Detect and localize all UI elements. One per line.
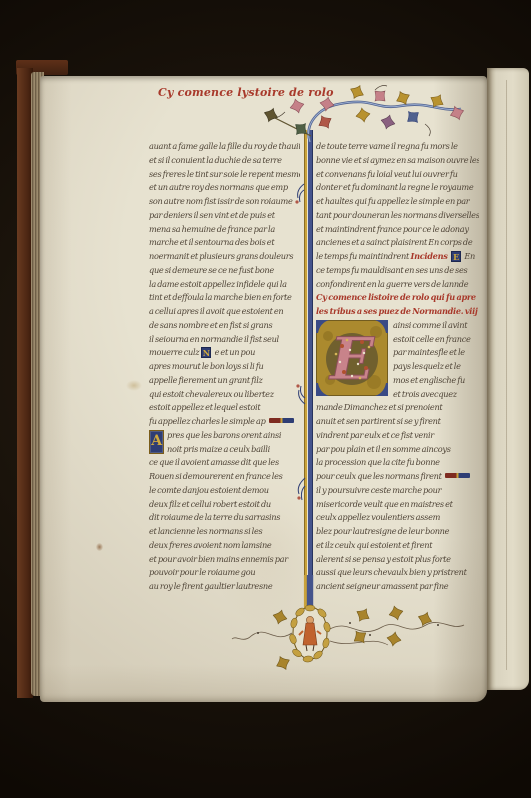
text-line: anuit et sen partirent si se y firent: [316, 415, 479, 429]
text-line: mena sa hemuine de france par la: [149, 223, 300, 237]
text-line: les tribus a ses puez de Normandie. viij: [316, 305, 479, 319]
text-line: ce temps fu mauldisant en ses uns de ses: [316, 264, 479, 278]
manuscript-photo: Cy comence lystoire de rolo: [0, 0, 531, 798]
figure-medallion: [288, 605, 331, 662]
text-line: et convenans fu loial veut lui ouvrer fu: [316, 168, 479, 182]
text-line: estoit celle en france: [393, 333, 479, 347]
text-line: fu appellez charles le simple ap: [149, 415, 300, 429]
text-line: et trois avecquez: [393, 388, 479, 402]
text-line: la procession que la cite fu bonne: [316, 456, 479, 470]
left-column-paragraph-1: auant a fame galle la fille du roy de th…: [149, 140, 300, 429]
text-line: vindrent par eulx et ce fist venir: [316, 429, 479, 443]
parchment-stain: [126, 380, 142, 391]
text-line: il seiourna en normandie il fist seul: [149, 333, 300, 347]
text-line: par deniers il sen vint et de puis et: [149, 209, 300, 223]
text-line: a cellui apres il avoit que estoient en: [149, 305, 300, 319]
text-line: bonne vie et si aymez en sa maison ouvre…: [316, 154, 479, 168]
incidens-rubric: Incidens: [409, 251, 449, 261]
text-line: apres mourut le bon loys si li fu: [149, 360, 300, 374]
text-line: ceulx appellez voulentiers assem: [316, 511, 479, 525]
gold-initial-chip: N: [201, 347, 211, 358]
text-line: pouvoir pour le roiaume gou: [149, 566, 300, 580]
text-line: ancient seigneur amassent par fine: [316, 580, 479, 594]
text-line: deux filz et cellui robert estoit du: [149, 498, 300, 512]
text-line: Cy comence listoire de rolo qui fu apre: [316, 291, 479, 305]
text-line: ses freres le tint sur soie le repent me…: [149, 168, 300, 182]
gold-initial-chip: E: [451, 251, 461, 262]
facing-page-edge: [487, 68, 529, 690]
text-line: par maintesfle et le: [393, 346, 479, 360]
text-line: aussi que leurs chevaulx bien y pristren…: [316, 566, 479, 580]
text-line: et ilz ceulx qui estoient et firent: [316, 539, 479, 553]
text-column-left: auant a fame galle la fille du roy de th…: [149, 140, 300, 594]
text-line: mos et englische fu: [393, 374, 479, 388]
text-line: pour ceulx que les normans firent: [316, 470, 479, 484]
top-vine-ornament: [225, 82, 470, 148]
text-line: et si il conuient la duchie de sa terre: [149, 154, 300, 168]
text-line: deux freres avoient nom lamsine: [149, 539, 300, 553]
text-line: alerent si se pensa y estoit plus forte: [316, 553, 479, 567]
text-line: tint et deffoula la marche bien en forte: [149, 291, 300, 305]
ivy-leaf-icon: [262, 106, 280, 124]
text-line: de sans nombre et en fist si grans: [149, 319, 300, 333]
text-line: pays lesquelz et le: [393, 360, 479, 374]
text-line: appelle fierement un grant filz: [149, 374, 300, 388]
decorated-initial-small: A: [149, 430, 164, 454]
text-line: et maintindrent france pour ce le adonay: [316, 223, 479, 237]
text-line: et pour avoir bien mains ennemis par: [149, 553, 300, 567]
text-line: ce que il avoient amasse dit que les: [149, 456, 300, 470]
text-line: mande Dimanchez et si prenoient: [316, 401, 479, 415]
initial-letter: E: [328, 325, 375, 393]
right-column-paragraph-2: E ainsi comme il avintestoit celle en fr…: [316, 319, 479, 594]
text-line: au roy le firent gaultier lautresne: [149, 580, 300, 594]
text-line: tant pour douneran les normans diversell…: [316, 209, 479, 223]
text-line: ancienes et a sainct plaisirent En corps…: [316, 236, 479, 250]
text-line: estoit appellez et lequel estoit: [149, 401, 300, 415]
text-line: dit roiaume de la terre du sarrasins: [149, 511, 300, 525]
facing-page-crease: [506, 80, 507, 670]
text-column-right: de toute terre vame il regna fu mors leb…: [316, 140, 479, 594]
left-column-paragraph-2: A pres que les barons orent ainsinoit pr…: [149, 429, 300, 594]
chapter-rubric: Cy comence listoire de rolo qui fu aprel…: [316, 291, 479, 319]
text-line: mouerre culzN e et un pou: [149, 346, 300, 360]
text-line: la dame estoit appellez infidele qui la: [149, 278, 300, 292]
text-line: qui estoit chevalereux ou libertez: [149, 388, 300, 402]
text-line: Rouen si demourerent en france les: [149, 470, 300, 484]
text-line: misericorde veult que en maistres et: [316, 498, 479, 512]
text-line: pres que les barons orent ainsi: [167, 429, 300, 443]
text-line: et haultes qui fu appellez le simple en …: [316, 195, 479, 209]
text-line: noermanit et plusieurs grans douleurs: [149, 250, 300, 264]
text-line: il y poursuivre ceste marche pour: [316, 484, 479, 498]
text-line: et lancienne les normans si les: [149, 525, 300, 539]
text-line: son autre nom fist issir de son roiaume: [149, 195, 300, 209]
text-line: auant a fame galle la fille du roy de th…: [149, 140, 300, 154]
right-column-paragraph-1: de toute terre vame il regna fu mors leb…: [316, 140, 479, 291]
text-line: ainsi comme il avint: [393, 319, 479, 333]
text-line: confondirent en la guerre vers de lannde: [316, 278, 479, 292]
text-line: blez pour lautresigne de leur bonne: [316, 525, 479, 539]
text-line: marche et il sentourna des bois et: [149, 236, 300, 250]
illuminated-initial: E: [316, 320, 388, 396]
line-filler: [269, 418, 294, 423]
line-filler: [445, 473, 470, 478]
text-line: le temps fu maintindrent Incidens E En: [316, 250, 479, 264]
parchment-stain: [96, 543, 103, 551]
text-line: donter et fu dominant la regne le royaum…: [316, 181, 479, 195]
text-line: noit pris maize a ceulx bailli: [167, 443, 300, 457]
text-line: par pou plain et il en somme aincoys: [316, 443, 479, 457]
text-line: et un autre roy des normans que emp: [149, 181, 300, 195]
text-line: de toute terre vame il regna fu mors le: [316, 140, 479, 154]
text-line: que si demeure se ce ne fust bone: [149, 264, 300, 278]
text-line: le comte danjou estoient demou: [149, 484, 300, 498]
